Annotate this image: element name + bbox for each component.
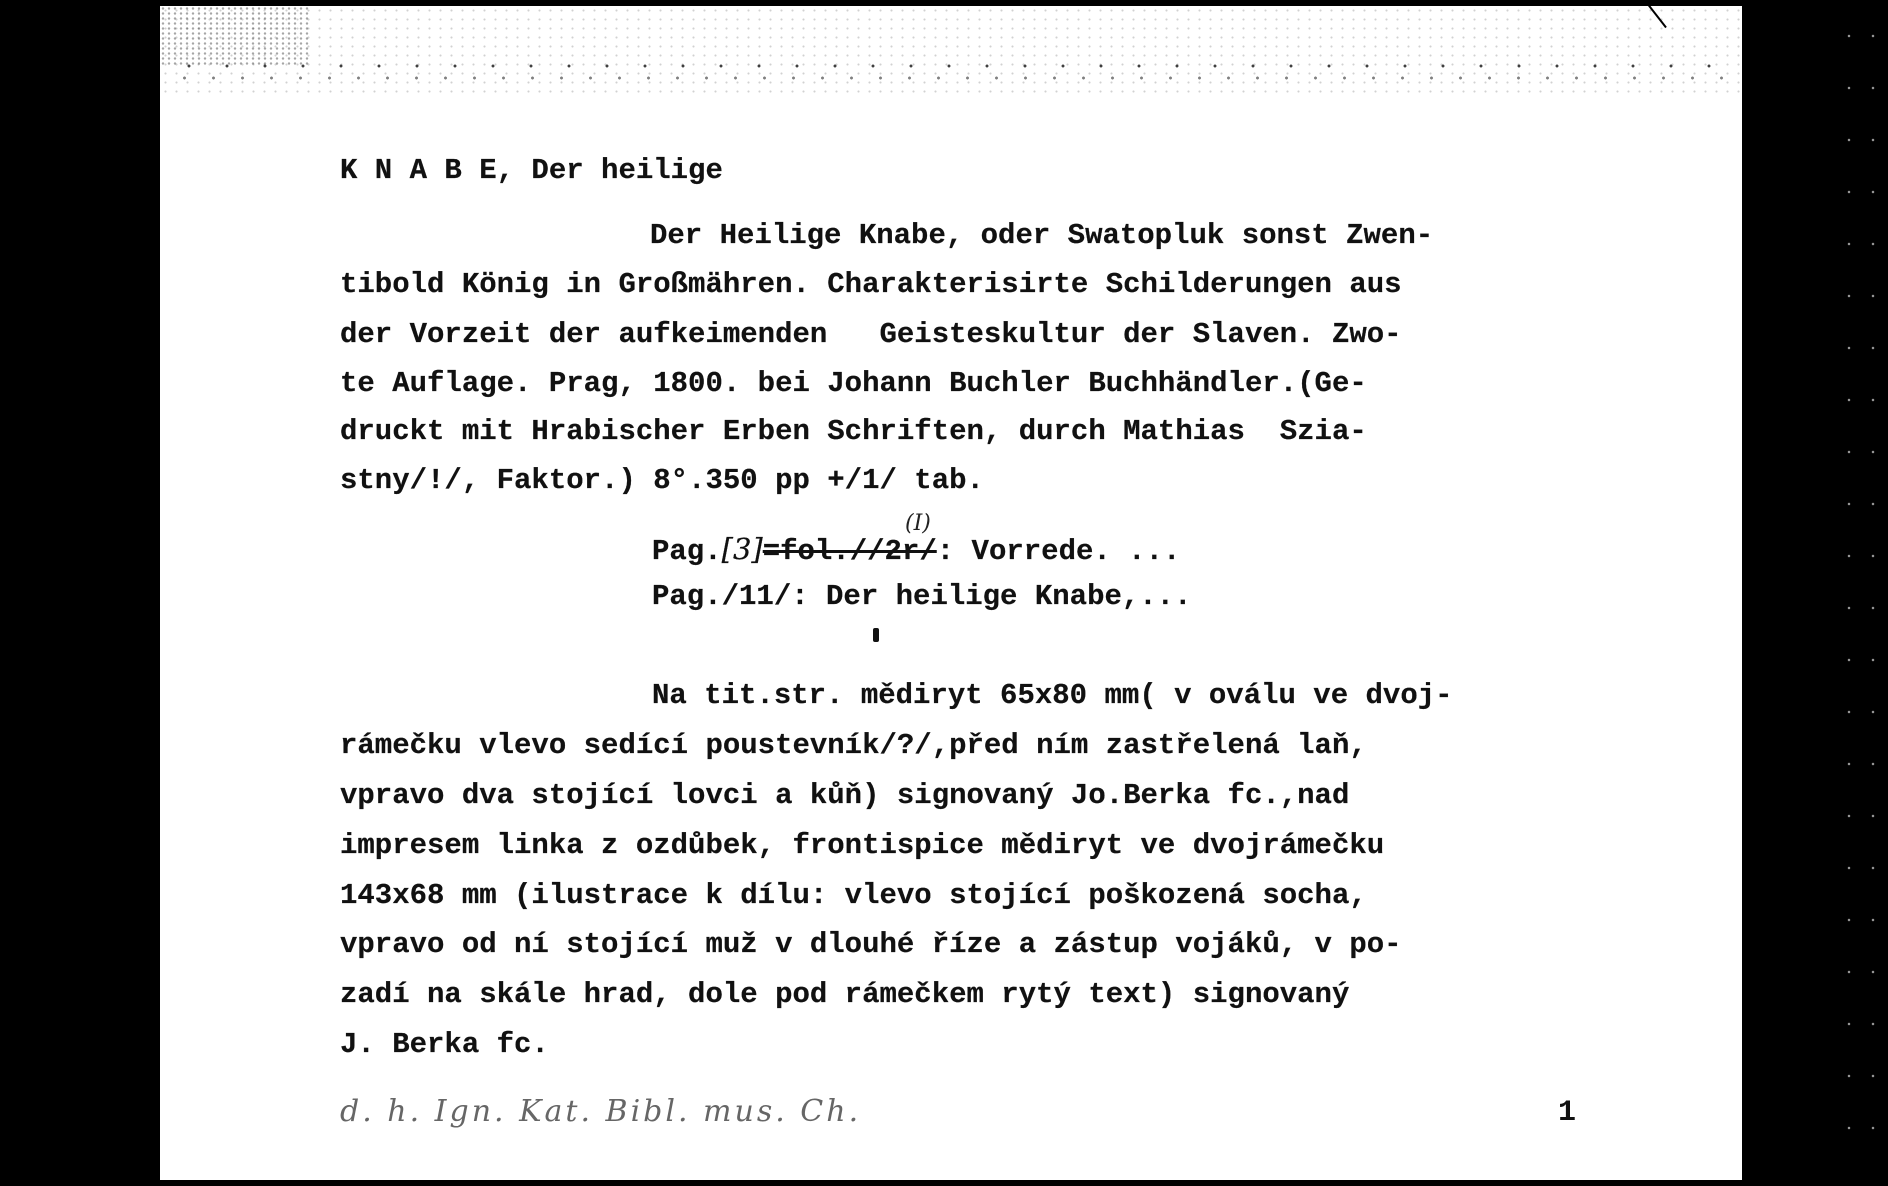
scan-edge-noise xyxy=(1837,10,1887,1170)
description-line: vpravo dva stojící lovci a kůň) signovan… xyxy=(340,779,1349,813)
title-line: der Vorzeit der aufkeimenden Geisteskult… xyxy=(340,318,1402,352)
handwritten-page-ref: [3] xyxy=(722,532,763,566)
title-line: tibold König in Großmähren. Charakterisi… xyxy=(340,268,1402,302)
description-line: 143x68 mm (ilustrace k dílu: vlevo stojí… xyxy=(340,879,1367,913)
title-line: druckt mit Hrabischer Erben Schriften, d… xyxy=(340,415,1367,449)
handwritten-insertion: (I) xyxy=(905,511,931,536)
description-line: rámečku vlevo sedící poustevník/?/,před … xyxy=(340,729,1367,763)
description-line: J. Berka fc. xyxy=(340,1028,549,1062)
scan-noise xyxy=(160,6,1742,96)
scan-dots-row xyxy=(170,64,1730,68)
handwritten-note: d. h. Ign. Kat. Bibl. mus. Ch. xyxy=(340,1094,861,1129)
title-line: Der Heilige Knabe, oder Swatopluk sonst … xyxy=(650,219,1433,253)
entry-heading: K N A B E, Der heilige xyxy=(340,154,723,188)
description-line: vpravo od ní stojící muž v dlouhé říze a… xyxy=(340,928,1402,962)
description-line: impresem linka z ozdůbek, frontispice mě… xyxy=(340,829,1384,863)
ink-mark xyxy=(873,628,879,642)
description-line: zadí na skále hrad, dole pod rámečkem ry… xyxy=(340,978,1349,1012)
title-line: stny/!/, Faktor.) 8°.350 pp +/1/ tab. xyxy=(340,464,984,498)
scan-border-right xyxy=(1742,0,1888,1186)
title-line: te Auflage. Prag, 1800. bei Johann Buchl… xyxy=(340,367,1367,401)
document-page: K N A B E, Der heilige Der Heilige Knabe… xyxy=(160,6,1742,1180)
description-line: Na tit.str. mědiryt 65x80 mm( v oválu ve… xyxy=(652,679,1453,713)
struck-folio-ref: =fol.//2r/ xyxy=(763,535,937,568)
scan-noise-corner xyxy=(160,6,310,66)
pagination-line-1: Pag.[3]=fol.//2r/: Vorrede. ... xyxy=(652,532,1180,569)
pagination-line-2: Pag./11/: Der heilige Knabe,... xyxy=(652,580,1192,614)
scan-dots-row xyxy=(170,76,1730,80)
page-number: 1 xyxy=(1558,1096,1576,1130)
pagination-prefix: Pag. xyxy=(652,535,722,568)
pagination-suffix: : Vorrede. ... xyxy=(937,535,1181,568)
